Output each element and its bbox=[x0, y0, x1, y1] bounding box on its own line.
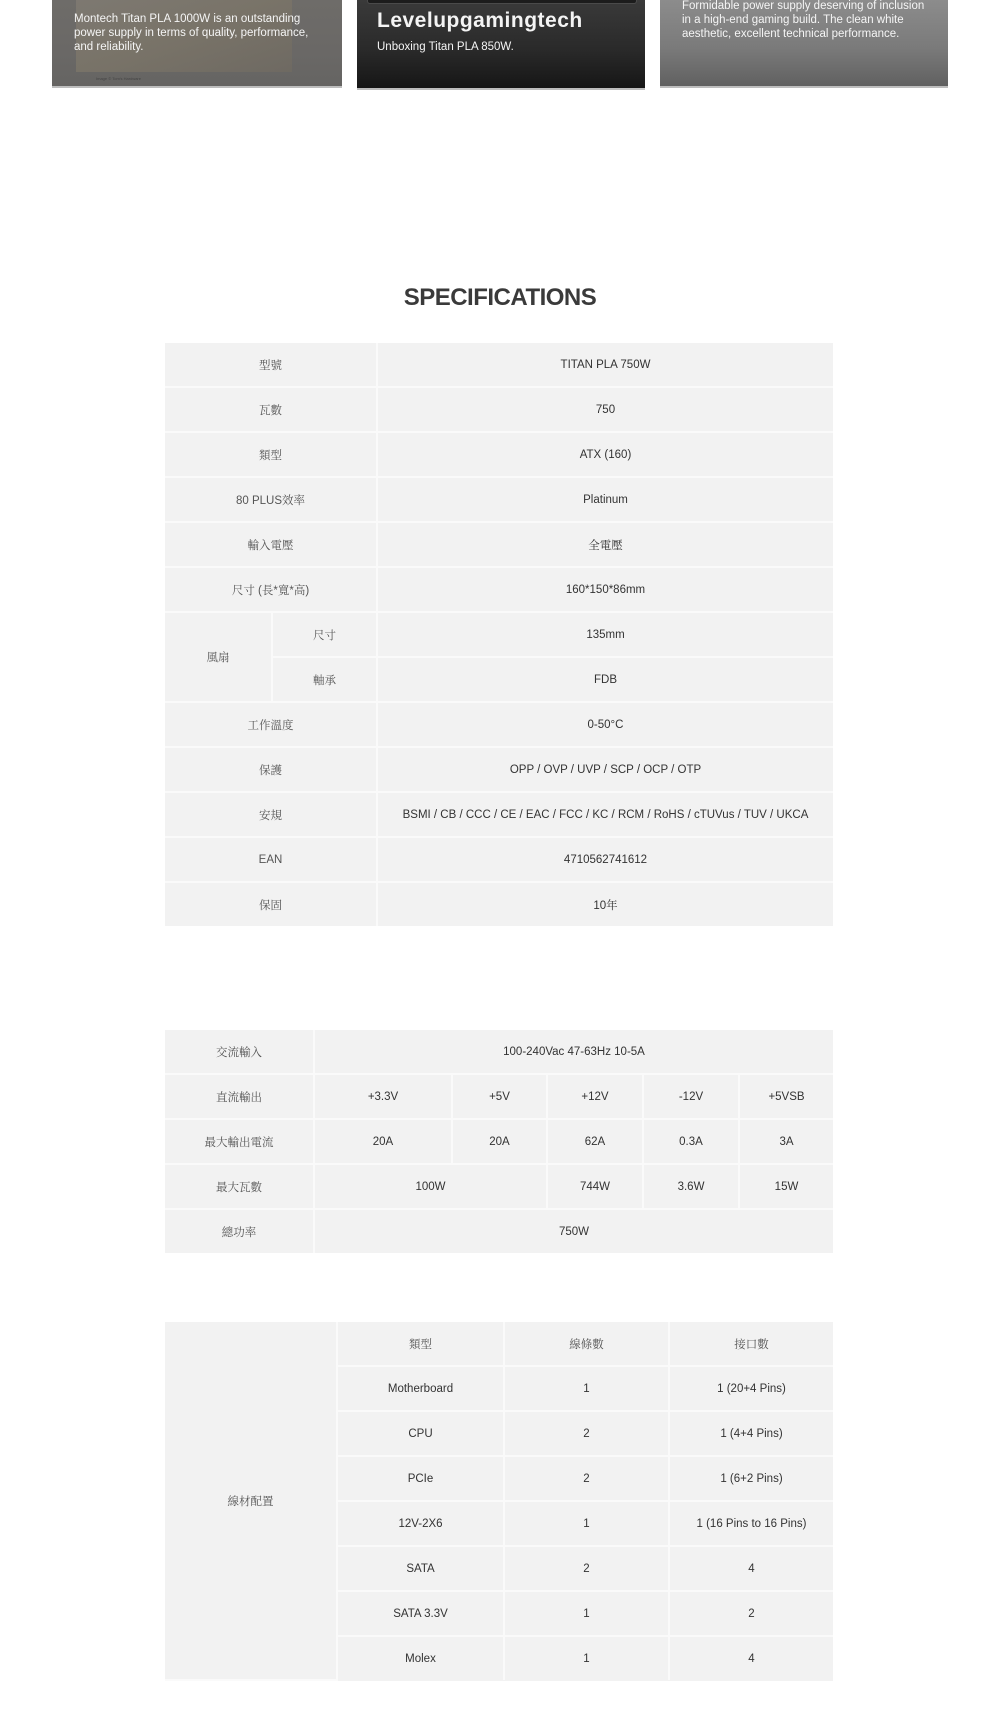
current-cell: 20A bbox=[314, 1119, 452, 1164]
spec-label: 最大瓦數 bbox=[165, 1164, 314, 1209]
review-card-toms-hardware[interactable]: Montech Titan PLA 1000W is an outstandin… bbox=[52, 0, 342, 88]
connector-count: 1 (6+2 Pins) bbox=[669, 1456, 833, 1501]
current-cell: 0.3A bbox=[643, 1119, 739, 1164]
table-row: 風扇 尺寸 135mm bbox=[165, 612, 833, 657]
connector-count: 4 bbox=[669, 1546, 833, 1591]
table-header-row: 線材配置 類型 線條數 接口數 bbox=[165, 1322, 833, 1366]
current-cell: 20A bbox=[452, 1119, 547, 1164]
connector-count: 2 bbox=[669, 1591, 833, 1636]
electrical-spec-table: 交流輸入 100-240Vac 47-63Hz 10-5A 直流輸出 +3.3V… bbox=[165, 1030, 833, 1253]
spec-value: FDB bbox=[377, 657, 833, 702]
spec-value: OPP / OVP / UVP / SCP / OCP / OTP bbox=[377, 747, 833, 792]
cable-count: 2 bbox=[504, 1546, 669, 1591]
table-row: 瓦數 750 bbox=[165, 387, 833, 432]
table-row: 尺寸 (長*寬*高) 160*150*86mm bbox=[165, 567, 833, 612]
spec-label: 交流輸入 bbox=[165, 1030, 314, 1074]
spec-label: 安規 bbox=[165, 792, 377, 837]
table-row: 安規 BSMI / CB / CCC / CE / EAC / FCC / KC… bbox=[165, 792, 833, 837]
review-quote: Unboxing Titan PLA 850W. bbox=[377, 40, 514, 54]
cable-count: 2 bbox=[504, 1456, 669, 1501]
rail-cell: -12V bbox=[643, 1074, 739, 1119]
table-row: 輸入電壓 全電壓 bbox=[165, 522, 833, 567]
power-cell: 744W bbox=[547, 1164, 643, 1209]
spec-label: 工作溫度 bbox=[165, 702, 377, 747]
cable-count: 2 bbox=[504, 1411, 669, 1456]
connector-count: 1 (20+4 Pins) bbox=[669, 1366, 833, 1411]
review-card-levelupgamingtech[interactable]: Levelupgamingtech Unboxing Titan PLA 850… bbox=[357, 0, 645, 90]
specifications-title: SPECIFICATIONS bbox=[0, 284, 1000, 312]
table-row: 類型 ATX (160) bbox=[165, 432, 833, 477]
spec-label: 類型 bbox=[165, 432, 377, 477]
table-row: 交流輸入 100-240Vac 47-63Hz 10-5A bbox=[165, 1030, 833, 1074]
table-row: 工作溫度 0-50°C bbox=[165, 702, 833, 747]
spec-value: 135mm bbox=[377, 612, 833, 657]
connector-count: 1 (16 Pins to 16 Pins) bbox=[669, 1501, 833, 1546]
spec-value: BSMI / CB / CCC / CE / EAC / FCC / KC / … bbox=[377, 792, 833, 837]
cable-count: 1 bbox=[504, 1591, 669, 1636]
spec-label: 最大輸出電流 bbox=[165, 1119, 314, 1164]
table-row: 最大瓦數 100W 744W 3.6W 15W bbox=[165, 1164, 833, 1209]
table-row: 直流輸出 +3.3V +5V +12V -12V +5VSB bbox=[165, 1074, 833, 1119]
cable-type: SATA bbox=[337, 1546, 504, 1591]
image-credit: Image © Tom's Hardware bbox=[96, 76, 141, 81]
psu-device-image bbox=[367, 0, 637, 4]
reviewer-brand: Levelupgamingtech bbox=[377, 9, 583, 33]
spec-value: 0-50°C bbox=[377, 702, 833, 747]
table-row: 型號 TITAN PLA 750W bbox=[165, 343, 833, 387]
rail-cell: +3.3V bbox=[314, 1074, 452, 1119]
table-row: 保護 OPP / OVP / UVP / SCP / OCP / OTP bbox=[165, 747, 833, 792]
spec-value: Platinum bbox=[377, 477, 833, 522]
table-row: 最大輸出電流 20A 20A 62A 0.3A 3A bbox=[165, 1119, 833, 1164]
current-cell: 3A bbox=[739, 1119, 833, 1164]
table-row: 保固 10年 bbox=[165, 882, 833, 926]
spec-label: 直流輸出 bbox=[165, 1074, 314, 1119]
cable-type: 12V-2X6 bbox=[337, 1501, 504, 1546]
review-quote: Montech Titan PLA 1000W is an outstandin… bbox=[74, 12, 314, 54]
general-spec-table: 型號 TITAN PLA 750W 瓦數 750 類型 ATX (160) 80… bbox=[165, 343, 833, 926]
connector-count: 4 bbox=[669, 1636, 833, 1680]
review-card-3[interactable]: Formidable power supply deserving of inc… bbox=[660, 0, 948, 88]
column-header: 線條數 bbox=[504, 1322, 669, 1366]
spec-value: 10年 bbox=[377, 882, 833, 926]
spec-label: 輸入電壓 bbox=[165, 522, 377, 567]
power-cell: 15W bbox=[739, 1164, 833, 1209]
spec-value: 750W bbox=[314, 1209, 833, 1253]
power-cell: 3.6W bbox=[643, 1164, 739, 1209]
spec-value: 全電壓 bbox=[377, 522, 833, 567]
column-header: 接口數 bbox=[669, 1322, 833, 1366]
spec-value: 100-240Vac 47-63Hz 10-5A bbox=[314, 1030, 833, 1074]
spec-value: TITAN PLA 750W bbox=[377, 343, 833, 387]
rail-cell: +5V bbox=[452, 1074, 547, 1119]
review-quote: Formidable power supply deserving of inc… bbox=[682, 0, 932, 41]
cable-type: SATA 3.3V bbox=[337, 1591, 504, 1636]
cable-count: 1 bbox=[504, 1636, 669, 1680]
spec-label: 尺寸 (長*寬*高) bbox=[165, 567, 377, 612]
spec-label: 型號 bbox=[165, 343, 377, 387]
rail-cell: +5VSB bbox=[739, 1074, 833, 1119]
spec-label: EAN bbox=[165, 837, 377, 882]
table-row: EAN 4710562741612 bbox=[165, 837, 833, 882]
spec-value: 160*150*86mm bbox=[377, 567, 833, 612]
cable-count: 1 bbox=[504, 1501, 669, 1546]
spec-label: 保固 bbox=[165, 882, 377, 926]
spec-sublabel: 尺寸 bbox=[272, 612, 377, 657]
table-row: 80 PLUS效率 Platinum bbox=[165, 477, 833, 522]
spec-label: 風扇 bbox=[165, 612, 272, 702]
cable-type: Molex bbox=[337, 1636, 504, 1680]
cable-type: CPU bbox=[337, 1411, 504, 1456]
spec-label: 80 PLUS效率 bbox=[165, 477, 377, 522]
table-row: 總功率 750W bbox=[165, 1209, 833, 1253]
spec-label: 線材配置 bbox=[165, 1322, 337, 1680]
spec-label: 瓦數 bbox=[165, 387, 377, 432]
cable-type: Motherboard bbox=[337, 1366, 504, 1411]
cable-count: 1 bbox=[504, 1366, 669, 1411]
current-cell: 62A bbox=[547, 1119, 643, 1164]
power-cell: 100W bbox=[314, 1164, 547, 1209]
spec-value: 750 bbox=[377, 387, 833, 432]
cable-type: PCIe bbox=[337, 1456, 504, 1501]
spec-label: 保護 bbox=[165, 747, 377, 792]
spec-sublabel: 軸承 bbox=[272, 657, 377, 702]
spec-label: 總功率 bbox=[165, 1209, 314, 1253]
spec-value: 4710562741612 bbox=[377, 837, 833, 882]
cable-config-table: 線材配置 類型 線條數 接口數 Motherboard 1 1 (20+4 Pi… bbox=[165, 1322, 833, 1681]
connector-count: 1 (4+4 Pins) bbox=[669, 1411, 833, 1456]
spec-value: ATX (160) bbox=[377, 432, 833, 477]
rail-cell: +12V bbox=[547, 1074, 643, 1119]
column-header: 類型 bbox=[337, 1322, 504, 1366]
